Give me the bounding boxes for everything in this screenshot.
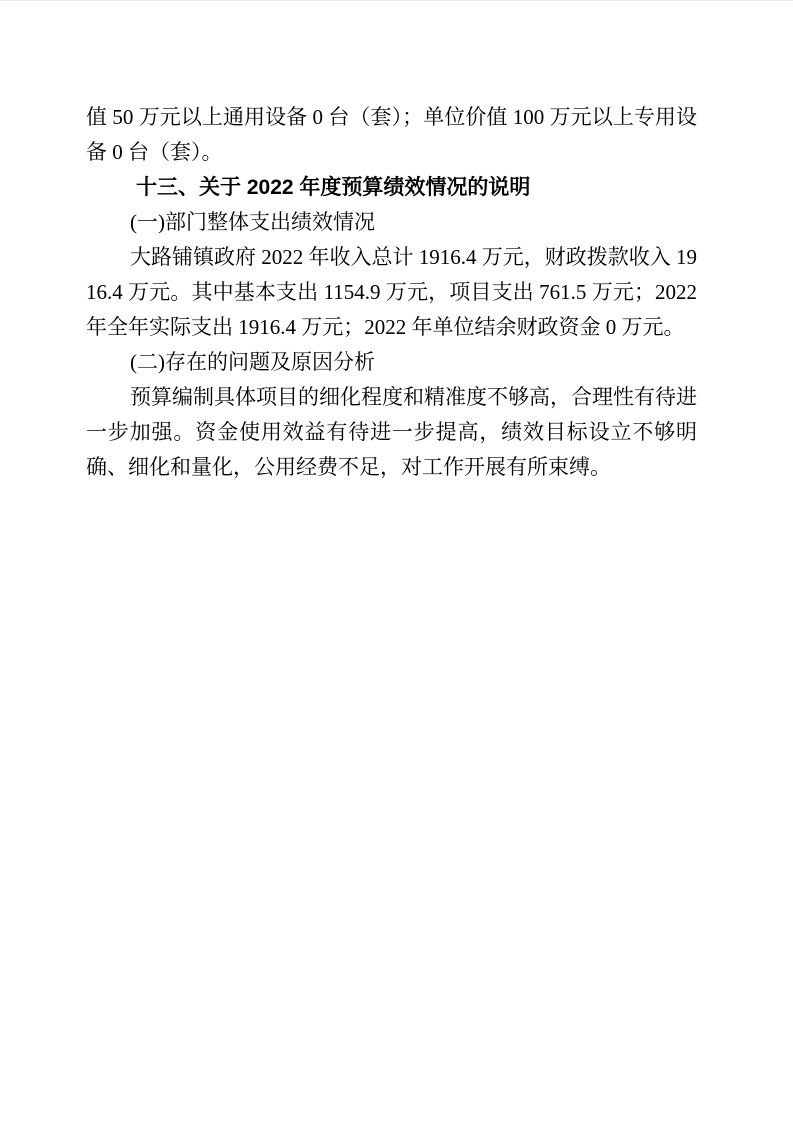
- subheading-1-department-expenditure-performance: (一)部门整体支出绩效情况: [86, 205, 697, 240]
- section-heading-13-budget-performance: 十三、关于 2022 年度预算绩效情况的说明: [86, 170, 697, 205]
- paragraph-problems-analysis: 预算编制具体项目的细化程度和精准度不够高，合理性有待进一步加强。资金使用效益有待…: [86, 380, 697, 485]
- paragraph-equipment-continuation: 值 50 万元以上通用设备 0 台（套）；单位价值 100 万元以上专用设备 0…: [86, 100, 697, 170]
- document-page: 值 50 万元以上通用设备 0 台（套）；单位价值 100 万元以上专用设备 0…: [0, 0, 793, 1122]
- document-content: 值 50 万元以上通用设备 0 台（套）；单位价值 100 万元以上专用设备 0…: [86, 100, 697, 485]
- subheading-2-problems-and-cause-analysis: (二)存在的问题及原因分析: [86, 345, 697, 380]
- paragraph-performance-figures: 大路铺镇政府 2022 年收入总计 1916.4 万元，财政拨款收入 1916.…: [86, 240, 697, 345]
